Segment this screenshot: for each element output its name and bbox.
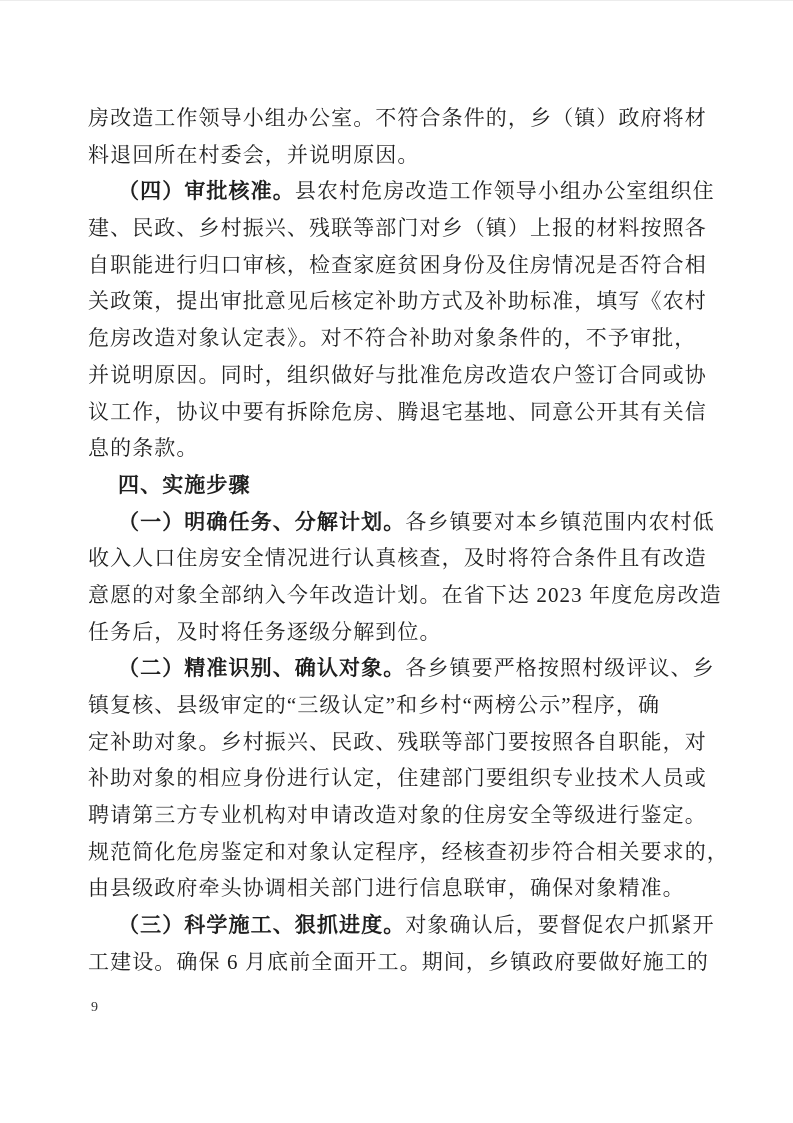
text-line: 议工作，协议中要有拆除危房、腾退宅基地、同意公开其有关信 xyxy=(88,394,714,431)
line-text: 对象确认后，要督促农户抓紧开 xyxy=(405,913,714,937)
line-text: 规范简化危房鉴定和对象认定程序，经核查初步符合相关要求的， xyxy=(88,840,729,864)
line-text: 镇复核、县级审定的“三级认定”和乡村“两榜公示”程序，确 xyxy=(88,693,660,717)
text-line: 危房改造对象认定表》。对不符合补助对象条件的，不予审批， xyxy=(88,320,714,357)
text-line: 由县级政府牵头协调相关部门进行信息联审，确保对象精准。 xyxy=(88,870,714,907)
line-text: 任务后，及时将任务逐级分解到位。 xyxy=(88,620,442,644)
line-lead-bold: （一）明确任务、分解计划。 xyxy=(118,510,405,534)
text-line: 料退回所在村委会，并说明原因。 xyxy=(88,137,714,174)
text-line: 并说明原因。同时，组织做好与批准危房改造农户签订合同或协 xyxy=(88,357,714,394)
document-page: 房改造工作领导小组办公室。不符合条件的，乡（镇）政府将材 料退回所在村委会，并说… xyxy=(0,0,793,1123)
line-text: 由县级政府牵头协调相关部门进行信息联审，确保对象精准。 xyxy=(88,876,685,900)
text-line: 补助对象的相应身份进行认定，住建部门要组织专业技术人员或 xyxy=(88,760,714,797)
line-text: 意愿的对象全部纳入今年改造计划。在省下达 2023 年度危房改造 xyxy=(88,583,722,607)
line-lead-bold: （四）审批核准。 xyxy=(118,179,295,203)
text-line: 任务后，及时将任务逐级分解到位。 xyxy=(88,614,714,651)
line-text: 息的条款。 xyxy=(88,436,199,460)
text-line: 息的条款。 xyxy=(88,430,714,467)
text-line: 收入人口住房安全情况进行认真核查，及时将符合条件且有改造 xyxy=(88,540,714,577)
page-number: 9 xyxy=(91,998,98,1018)
text-line: 意愿的对象全部纳入今年改造计划。在省下达 2023 年度危房改造 xyxy=(88,577,714,614)
line-text: 各乡镇要对本乡镇范围内农村低 xyxy=(405,510,714,534)
text-line: （一）明确任务、分解计划。各乡镇要对本乡镇范围内农村低 xyxy=(88,504,714,541)
line-lead-bold: （三）科学施工、狠抓进度。 xyxy=(118,913,405,937)
text-line: 自职能进行归口审核，检查家庭贫困身份及住房情况是否符合相 xyxy=(88,247,714,284)
document-body: 房改造工作领导小组办公室。不符合条件的，乡（镇）政府将材 料退回所在村委会，并说… xyxy=(88,100,714,981)
line-text: 房改造工作领导小组办公室。不符合条件的，乡（镇）政府将材 xyxy=(88,106,707,130)
line-text: 工建设。确保 6 月底前全面开工。期间，乡镇政府要做好施工的 xyxy=(88,950,709,974)
line-text: 定补助对象。乡村振兴、民政、残联等部门要按照各自职能，对 xyxy=(88,730,707,754)
text-line: （三）科学施工、狠抓进度。对象确认后，要督促农户抓紧开 xyxy=(88,907,714,944)
section-heading: 四、实施步骤 xyxy=(88,467,714,504)
line-text: 县农村危房改造工作领导小组办公室组织住 xyxy=(295,179,715,203)
line-text: 自职能进行归口审核，检查家庭贫困身份及住房情况是否符合相 xyxy=(88,253,707,277)
line-lead-bold: （二）精准识别、确认对象。 xyxy=(118,656,405,680)
text-line: （四）审批核准。县农村危房改造工作领导小组办公室组织住 xyxy=(88,173,714,210)
text-line: 建、民政、乡村振兴、残联等部门对乡（镇）上报的材料按照各 xyxy=(88,210,714,247)
line-text: 危房改造对象认定表》。对不符合补助对象条件的，不予审批， xyxy=(88,326,696,350)
text-line: 规范简化危房鉴定和对象认定程序，经核查初步符合相关要求的， xyxy=(88,834,714,871)
text-line: 关政策，提出审批意见后核定补助方式及补助标准，填写《农村 xyxy=(88,283,714,320)
line-text: 议工作，协议中要有拆除危房、腾退宅基地、同意公开其有关信 xyxy=(88,400,707,424)
line-text: 各乡镇要严格按照村级评议、乡 xyxy=(405,656,714,680)
line-text: 收入人口住房安全情况进行认真核查，及时将符合条件且有改造 xyxy=(88,546,707,570)
text-line: 定补助对象。乡村振兴、民政、残联等部门要按照各自职能，对 xyxy=(88,724,714,761)
line-text: 补助对象的相应身份进行认定，住建部门要组织专业技术人员或 xyxy=(88,766,707,790)
text-line: 工建设。确保 6 月底前全面开工。期间，乡镇政府要做好施工的 xyxy=(88,944,714,981)
text-line: 聘请第三方专业机构对申请改造对象的住房安全等级进行鉴定。 xyxy=(88,797,714,834)
line-text: 建、民政、乡村振兴、残联等部门对乡（镇）上报的材料按照各 xyxy=(88,216,707,240)
line-text: 关政策，提出审批意见后核定补助方式及补助标准，填写《农村 xyxy=(88,289,707,313)
line-text: 聘请第三方专业机构对申请改造对象的住房安全等级进行鉴定。 xyxy=(88,803,707,827)
heading-text: 四、实施步骤 xyxy=(118,473,251,497)
text-line: （二）精准识别、确认对象。各乡镇要严格按照村级评议、乡 xyxy=(88,650,714,687)
line-text: 并说明原因。同时，组织做好与批准危房改造农户签订合同或协 xyxy=(88,363,707,387)
text-line: 镇复核、县级审定的“三级认定”和乡村“两榜公示”程序，确 xyxy=(88,687,714,724)
text-line: 房改造工作领导小组办公室。不符合条件的，乡（镇）政府将材 xyxy=(88,100,714,137)
line-text: 料退回所在村委会，并说明原因。 xyxy=(88,143,420,167)
